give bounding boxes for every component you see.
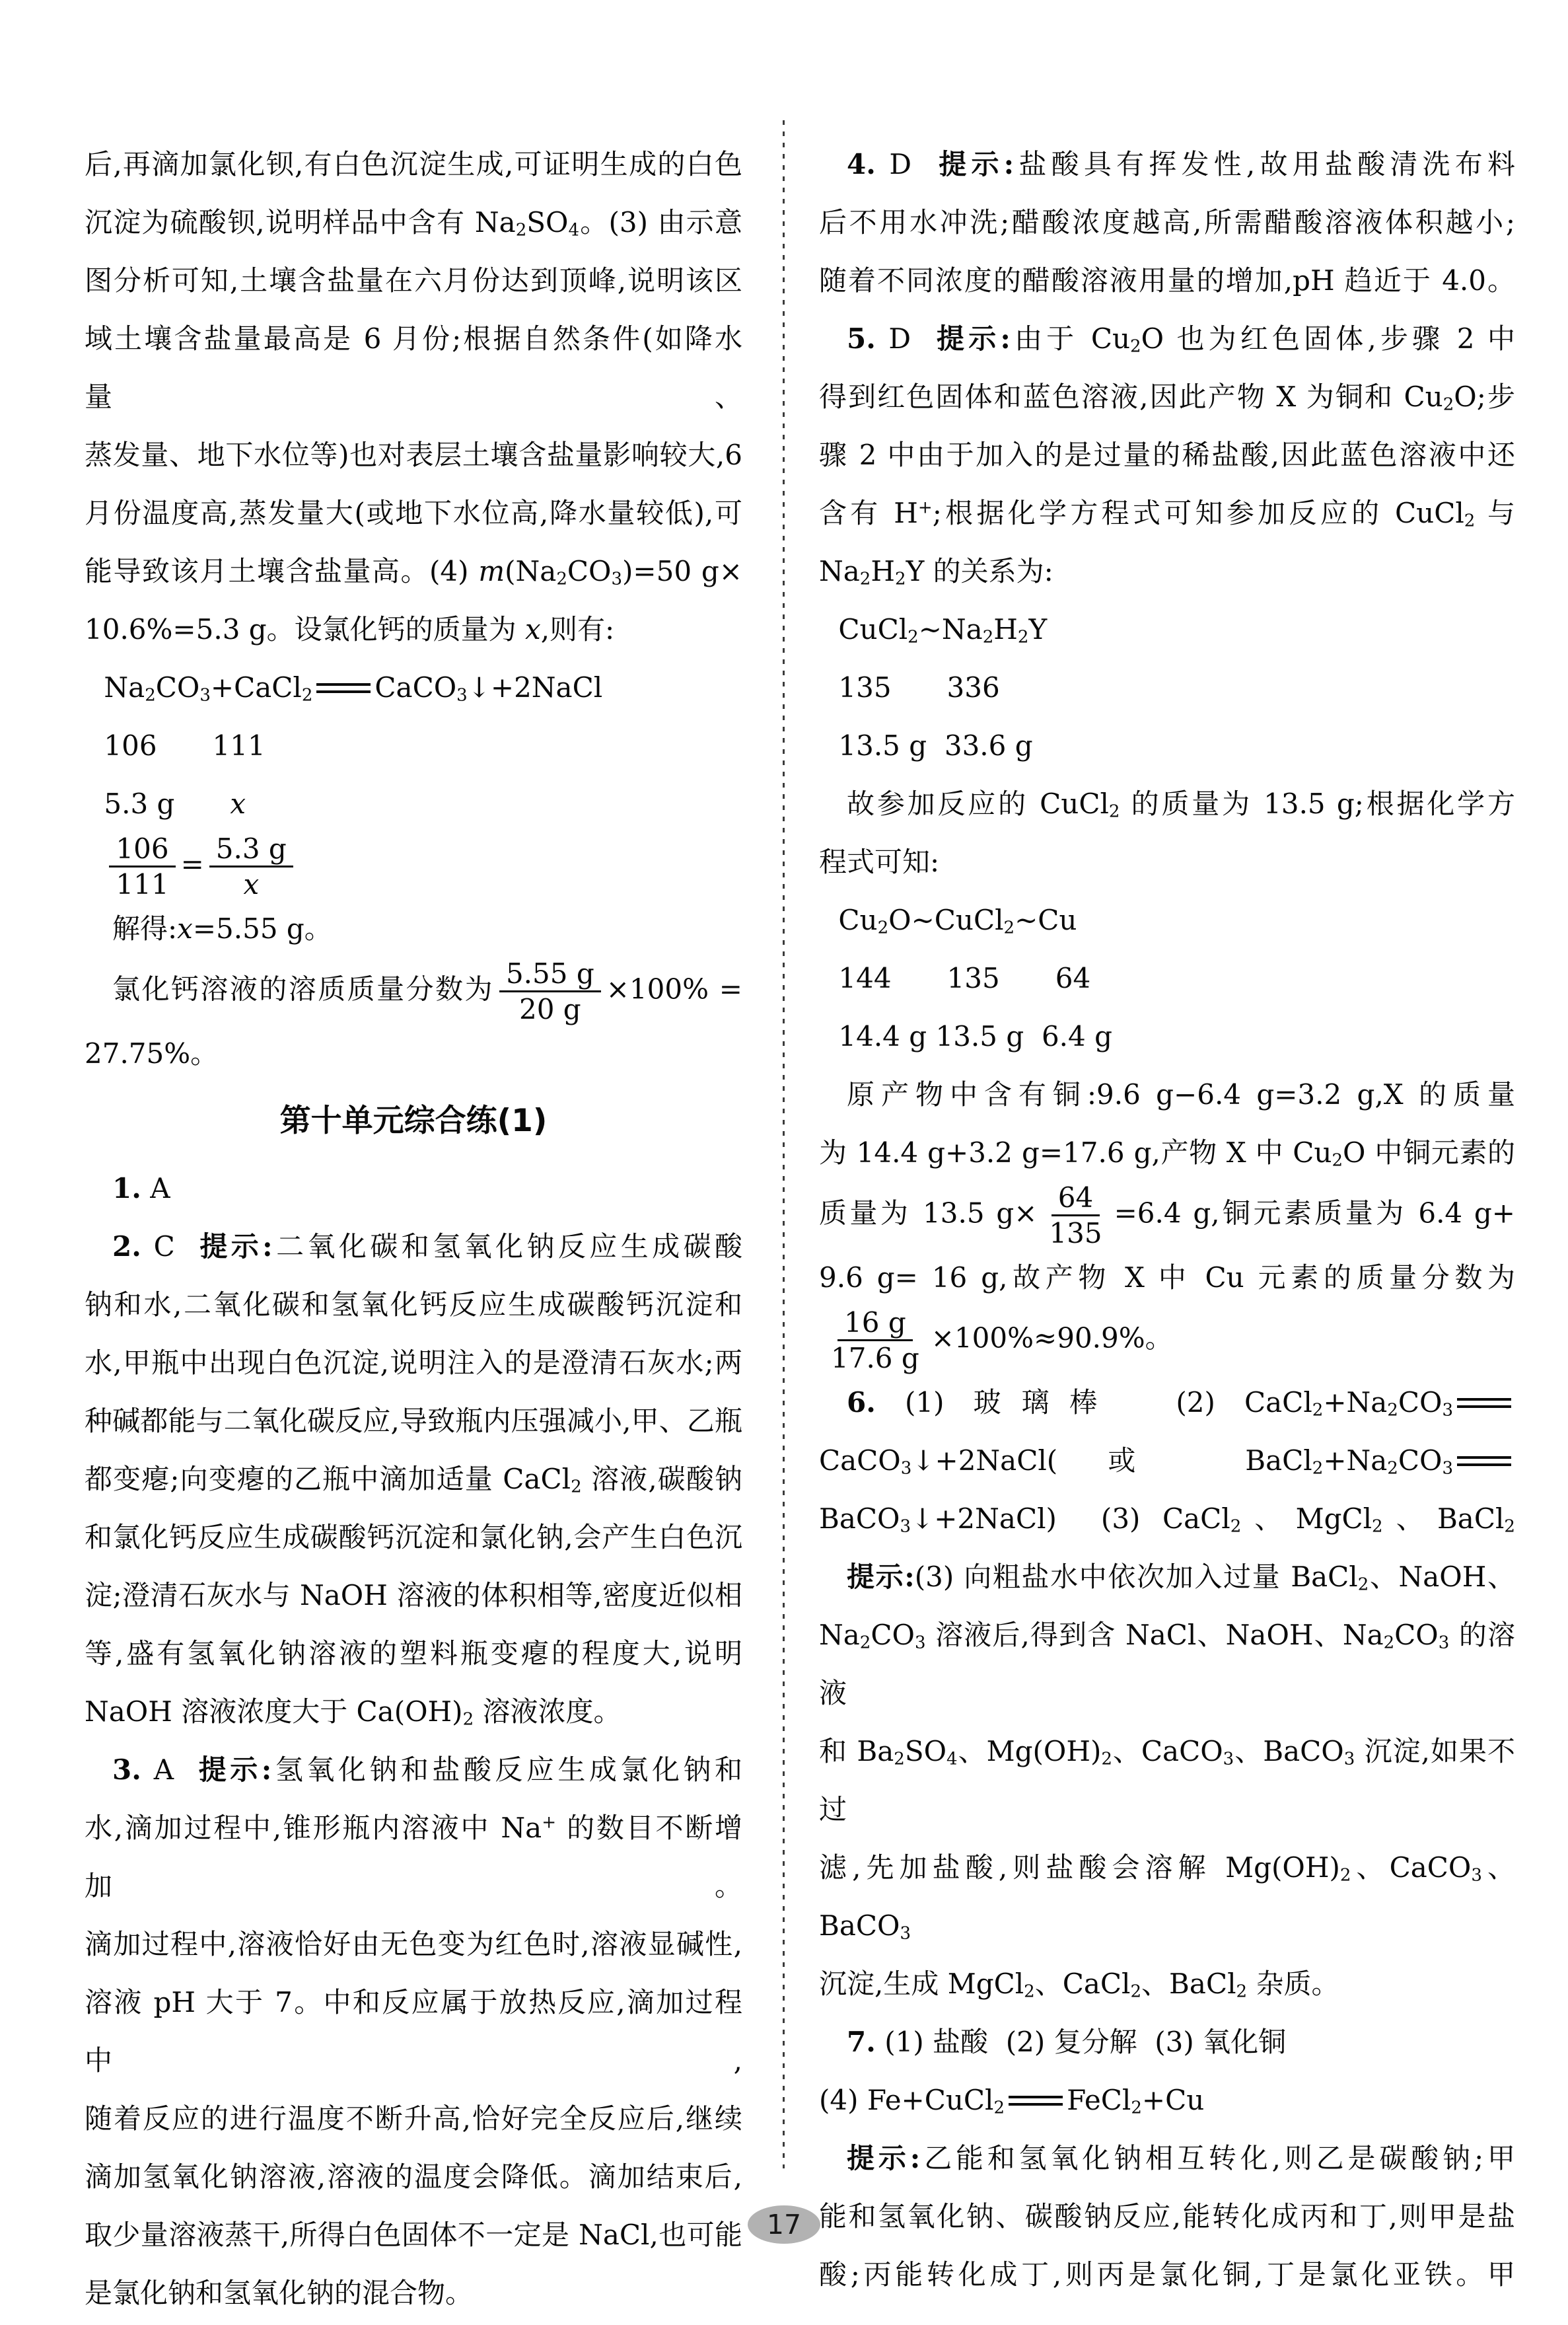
text-line: Na2CO3+CaCl2CaCO3↓+2NaCl [85,659,742,717]
fraction: 5.3 gx [209,833,293,900]
text-line: 5.3 g x [85,775,742,833]
text-line: (4) Fe+CuCl2FeCl2+Cu [819,2071,1515,2129]
page-number-badge: 17 [748,2205,820,2244]
text-line: 后,再滴加氯化钡,有白色沉淀生成,可证明生成的白色 [85,135,742,194]
double-bond-equals [1457,1398,1511,1408]
text-line: 钠和水,二氧化碳和氢氧化钙反应生成碳酸钙沉淀和 [85,1276,742,1334]
text-line: 溶液 pH 大于 7。中和反应属于放热反应,滴加过程中, [85,1974,742,2090]
text-line: CuCl2~Na2H2Y [819,601,1515,659]
fraction: 106111 [109,833,175,900]
text-line: 域土壤含盐量最高是 6 月份;根据自然条件(如降水量、 [85,310,742,426]
text-line: 106 111 [85,717,742,775]
text-line: 6. (1) 玻璃棒 (2) CaCl2+Na2CO3 [819,1374,1515,1432]
text-line: 144 135 64 [819,949,1515,1008]
right-column: 4. D 提示:盐酸具有挥发性,故用盐酸清洗布料后不用水冲洗;醋酸浓度越高,所需… [819,135,1515,2304]
text-line: 随着反应的进行温度不断升高,恰好完全反应后,继续 [85,2090,742,2148]
text-line: 等,盛有氢氧化钠溶液的塑料瓶变瘪的程度大,说明 [85,1625,742,1683]
text-line: 滤,先加盐酸,则盐酸会溶解 Mg(OH)2、CaCO3、BaCO3 [819,1839,1515,1955]
text-line: 含有 H+;根据化学方程式可知参加反应的 CuCl2 与 [819,484,1515,542]
text-line: 月份温度高,蒸发量大(或地下水位高,降水量较低),可 [85,484,742,542]
text-line: 提示:(3) 向粗盐水中依次加入过量 BaCl2、NaOH、 [819,1548,1515,1606]
text-line: 14.4 g 13.5 g 6.4 g [819,1008,1515,1066]
fraction: 5.55 g20 g [499,958,601,1025]
text-line: 水,滴加过程中,锥形瓶内溶液中 Na+ 的数目不断增加。 [85,1799,742,1915]
column-divider [783,120,785,2168]
text-line: 沉淀为硫酸钡,说明样品中含有 Na2SO4。(3) 由示意 [85,194,742,252]
text-line: CaCO3↓+2NaCl(或 BaCl2+Na2CO3 [819,1432,1515,1490]
text-line: 淀;澄清石灰水与 NaOH 溶液的体积相等,密度近似相 [85,1567,742,1625]
text-line: BaCO3↓+2NaCl) (3) CaCl2、MgCl2、BaCl2 [819,1490,1515,1548]
text-line: Na2H2Y 的关系为: [819,542,1515,601]
text-line: 5. D 提示:由于 Cu2O 也为红色固体,步骤 2 中 [819,310,1515,368]
text-line: 和氯化钙反应生成碳酸钙沉淀和氯化钠,会产生白色沉 [85,1508,742,1567]
text-line: 都变瘪;向变瘪的乙瓶中滴加适量 CaCl2 溶液,碳酸钠 [85,1450,742,1508]
text-line: 原产物中含有铜:9.6 g−6.4 g=3.2 g,X 的质量 [819,1066,1515,1124]
text-line: 随着不同浓度的醋酸溶液用量的增加,pH 趋近于 4.0。 [819,252,1515,310]
text-line: 27.75%。 [85,1025,742,1083]
fraction: 16 g17.6 g [824,1307,926,1374]
text-line: 10.6%=5.3 g。设氯化钙的质量为 x,则有: [85,601,742,659]
text-line: 能导致该月土壤含盐量高。(4) m(Na2CO3)=50 g× [85,542,742,601]
text-line: 135 336 [819,659,1515,717]
text-line: 9.6 g= 16 g,故产物 X 中 Cu 元素的质量分数为 [819,1249,1515,1307]
text-line: Na2CO3 溶液后,得到含 NaCl、NaOH、Na2CO3 的溶液 [819,1606,1515,1722]
text-line: 16 g17.6 g×100%≈90.9%。 [819,1307,1515,1374]
text-line: 7. (1) 盐酸 (2) 复分解 (3) 氧化铜 [819,2013,1515,2071]
text-line: 程式可知: [819,833,1515,891]
page-number: 17 [767,2209,801,2240]
text-line: 质量为 13.5 g×64135=6.4 g,铜元素质量为 6.4 g+ [819,1182,1515,1249]
text-line: 解得:x=5.55 g。 [85,900,742,958]
text-line: 能和氢氧化钠、碳酸钠反应,能转化成丙和丁,则甲是盐 [819,2188,1515,2246]
text-line: 4. D 提示:盐酸具有挥发性,故用盐酸清洗布料 [819,135,1515,194]
text-line: 故参加反应的 CuCl2 的质量为 13.5 g;根据化学方 [819,775,1515,833]
text-line: 水,甲瓶中出现白色沉淀,说明注入的是澄清石灰水;两 [85,1334,742,1392]
text-line: 3. A 提示:氢氧化钠和盐酸反应生成氯化钠和 [85,1741,742,1799]
text-line: 沉淀,生成 MgCl2、CaCl2、BaCl2 杂质。 [819,1955,1515,2013]
text-line: 106111=5.3 gx [85,833,742,900]
text-line: 取少量溶液蒸干,所得白色固体不一定是 NaCl,也可能 [85,2206,742,2264]
text-line: 后不用水冲洗;醋酸浓度越高,所需醋酸溶液体积越小; [819,194,1515,252]
text-line: 1. A [85,1160,742,1218]
text-line: NaOH 溶液浓度大于 Ca(OH)2 溶液浓度。 [85,1683,742,1741]
text-line: 骤 2 中由于加入的是过量的稀盐酸,因此蓝色溶液中还 [819,426,1515,484]
text-line: 氯化钙溶液的溶质质量分数为5.55 g20 g×100% = [85,958,742,1025]
text-line: 种碱都能与二氧化碳反应,导致瓶内压强减小,甲、乙瓶 [85,1392,742,1450]
text-line: 酸;丙能转化成丁,则丙是氯化铜,丁是氯化亚铁。甲 [819,2246,1515,2304]
section-heading: 第十单元综合练(1) [85,1083,742,1160]
text-line: 提示:乙能和氢氧化钠相互转化,则乙是碳酸钠;甲 [819,2129,1515,2188]
text-line: 和 Ba2SO4、Mg(OH)2、CaCO3、BaCO3 沉淀,如果不过 [819,1722,1515,1839]
double-bond-equals [316,683,371,693]
text-line: 蒸发量、地下水位等)也对表层土壤含盐量影响较大,6 [85,426,742,484]
text-line: 2. C 提示:二氧化碳和氢氧化钠反应生成碳酸 [85,1218,742,1276]
left-column: 后,再滴加氯化钡,有白色沉淀生成,可证明生成的白色沉淀为硫酸钡,说明样品中含有 … [85,135,742,2322]
text-line: Cu2O~CuCl2~Cu [819,891,1515,949]
double-bond-equals [1457,1456,1511,1466]
text-line: 图分析可知,土壤含盐量在六月份达到顶峰,说明该区 [85,252,742,310]
text-line: 滴加过程中,溶液恰好由无色变为红色时,溶液显碱性, [85,1915,742,1974]
double-bond-equals [1009,2096,1063,2106]
text-line: 为 14.4 g+3.2 g=17.6 g,产物 X 中 Cu2O 中铜元素的 [819,1124,1515,1182]
text-line: 13.5 g 33.6 g [819,717,1515,775]
text-line: 滴加氢氧化钠溶液,溶液的温度会降低。滴加结束后, [85,2148,742,2206]
text-line: 得到红色固体和蓝色溶液,因此产物 X 为铜和 Cu2O;步 [819,368,1515,426]
fraction: 64135 [1042,1182,1108,1249]
text-line: 是氯化钠和氢氧化钠的混合物。 [85,2264,742,2322]
